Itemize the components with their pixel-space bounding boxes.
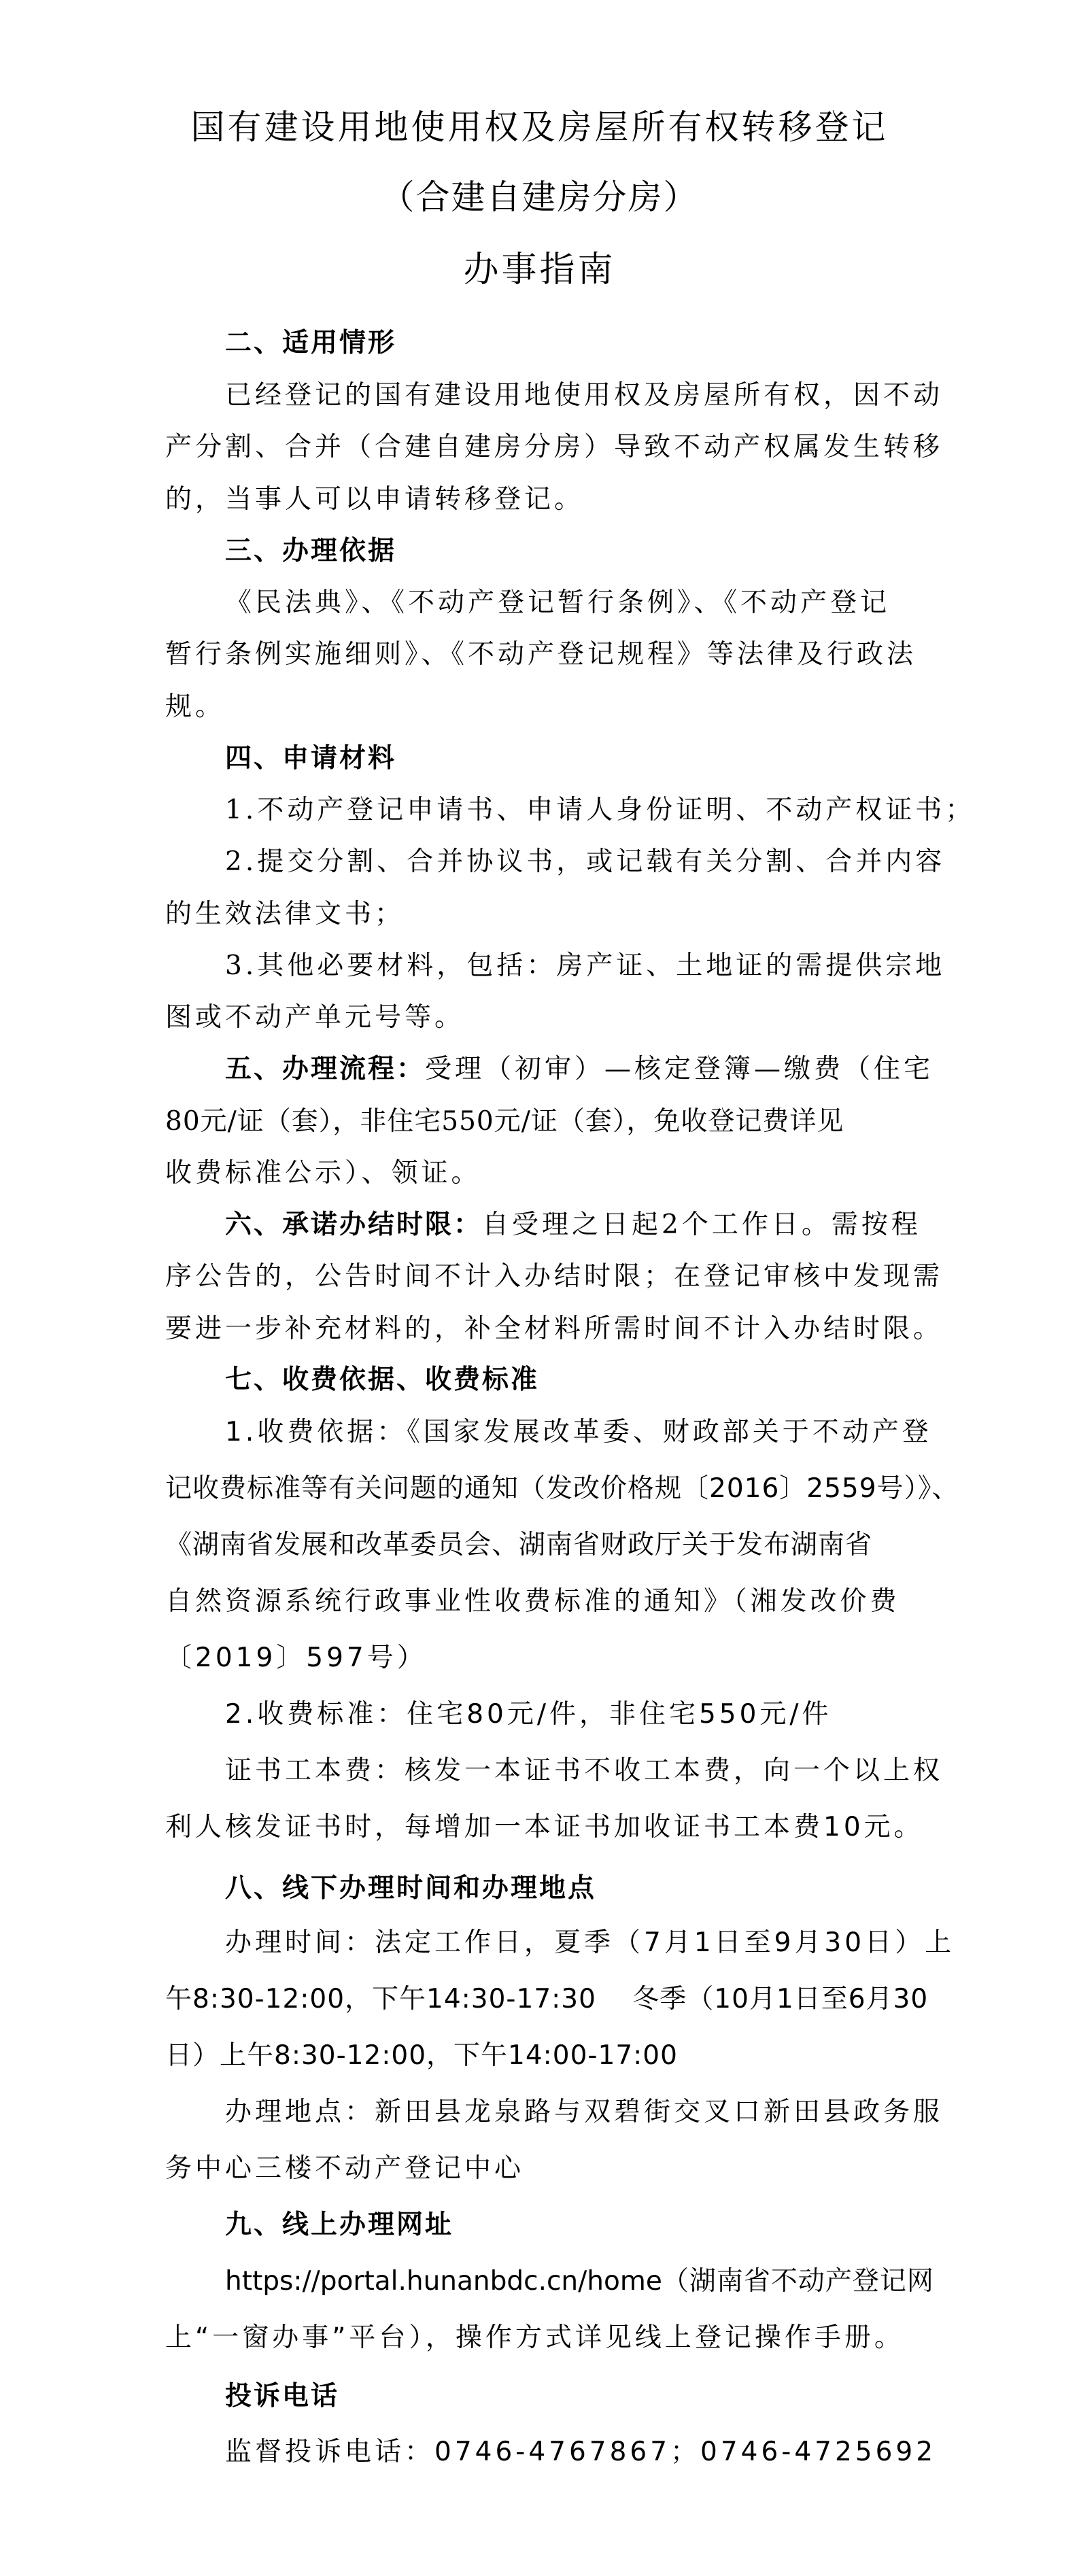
paragraph-line: 自然资源系统行政事业性收费标准的通知》（湘发改价费 <box>165 1581 900 1622</box>
paragraph-text: 受理（初审）—核定登簿—缴费（住宅 <box>425 1054 934 1084</box>
paragraph-line: 日）上午8:30-12:00，下午14:00-17:00 <box>165 2036 678 2076</box>
online-url-line: https://portal.hunanbdc.cn/home（湖南省不动产登记… <box>225 2261 934 2302</box>
list-item: 1.不动产登记申请书、申请人身份证明、不动产权证书； <box>225 790 975 831</box>
paragraph-line: 证书工本费：核发一本证书不收工本费，向一个以上权 <box>225 1751 943 1791</box>
section-heading-applicable: 二、适用情形 <box>225 323 396 364</box>
paragraph-line: 规。 <box>165 687 225 727</box>
paragraph-line: 午8:30-12:00，下午14:30-17:30 冬季（10月1日至6月30 <box>165 1979 928 2020</box>
section-heading-process: 五、办理流程： <box>225 1054 425 1084</box>
section-heading-complaint: 投诉电话 <box>225 2376 339 2417</box>
paragraph-line: 办理地点：新田县龙泉路与双碧街交叉口新田县政务服 <box>225 2092 943 2133</box>
paragraph-line: 要进一步补充材料的，补全材料所需时间不计入办结时限。 <box>165 1309 943 1350</box>
process-line: 五、办理流程：受理（初审）—核定登簿—缴费（住宅 <box>225 1049 934 1090</box>
document-title-line-1: 国有建设用地使用权及房屋所有权转移登记 <box>0 107 1079 148</box>
list-item: 3.其他必要材料，包括：房产证、土地证的需提供宗地 <box>225 946 945 986</box>
section-heading-fees: 七、收费依据、收费标准 <box>225 1360 539 1401</box>
online-url-link[interactable]: https://portal.hunanbdc.cn/home <box>225 2266 662 2297</box>
fee-standard: 2.收费标准：住宅80元/件，非住宅550元/件 <box>225 1694 832 1735</box>
paragraph-line: 图或不动产单元号等。 <box>165 997 464 1038</box>
paragraph-line: 《湖南省发展和改革委员会、湖南省财政厅关于发布湖南省 <box>165 1525 872 1566</box>
paragraph-line: 〔2019〕597号） <box>165 1638 427 1679</box>
paragraph-line: 80元/证（套），非住宅550元/证（套），免收登记费详见 <box>165 1101 844 1142</box>
document-title-line-2: （合建自建房分房） <box>0 177 1079 218</box>
paragraph-line: 序公告的，公告时间不计入办结时限；在登记审核中发现需 <box>165 1256 943 1297</box>
paragraph-text: （湖南省不动产登记网 <box>662 2266 934 2297</box>
section-heading-materials: 四、申请材料 <box>225 738 396 779</box>
paragraph-line: 利人核发证书时，每增加一本证书加收证书工本费10元。 <box>165 1807 924 1848</box>
section-heading-online: 九、线上办理网址 <box>225 2205 453 2246</box>
section-heading-time-limit: 六、承诺办结时限： <box>225 1209 482 1240</box>
paragraph-line: 上“一窗办事”平台），操作方式详见线上登记操作手册。 <box>165 2318 904 2358</box>
paragraph-line: 1.收费依据：《国家发展改革委、财政部关于不动产登 <box>225 1412 932 1453</box>
paragraph-line: 的，当事人可以申请转移登记。 <box>165 479 584 520</box>
paragraph-line: 办理时间：法定工作日，夏季（7月1日至9月30日）上 <box>225 1923 955 1963</box>
paragraph-line: 务中心三楼不动产登记中心 <box>165 2148 524 2189</box>
section-heading-basis: 三、办理依据 <box>225 531 396 572</box>
paragraph-line: 产分割、合并（合建自建房分房）导致不动产权属发生转移 <box>165 427 943 468</box>
paragraph-line: 已经登记的国有建设用地使用权及房屋所有权，因不动 <box>225 375 943 416</box>
paragraph-line: 《民法典》、《不动产登记暂行条例》、《不动产登记 <box>225 583 890 623</box>
paragraph-line: 的生效法律文书； <box>165 894 405 935</box>
section-heading-offline: 八、线下办理时间和办理地点 <box>225 1868 596 1909</box>
paragraph-text: 自受理之日起2个工作日。需按程 <box>482 1209 921 1240</box>
document-title-line-3: 办事指南 <box>0 250 1079 290</box>
time-limit-line: 六、承诺办结时限：自受理之日起2个工作日。需按程 <box>225 1205 921 1246</box>
paragraph-line: 收费标准公示）、领证。 <box>165 1153 481 1194</box>
complaint-phone-line: 监督投诉电话：0746-4767867；0746-4725692 <box>225 2432 936 2473</box>
paragraph-line: 记收费标准等有关问题的通知（发改价格规〔2016〕2559号）》、 <box>165 1469 959 1509</box>
list-item: 2.提交分割、合并协议书，或记载有关分割、合并内容 <box>225 842 945 882</box>
paragraph-line: 暂行条例实施细则》、《不动产登记规程》等法律及行政法 <box>165 634 917 675</box>
